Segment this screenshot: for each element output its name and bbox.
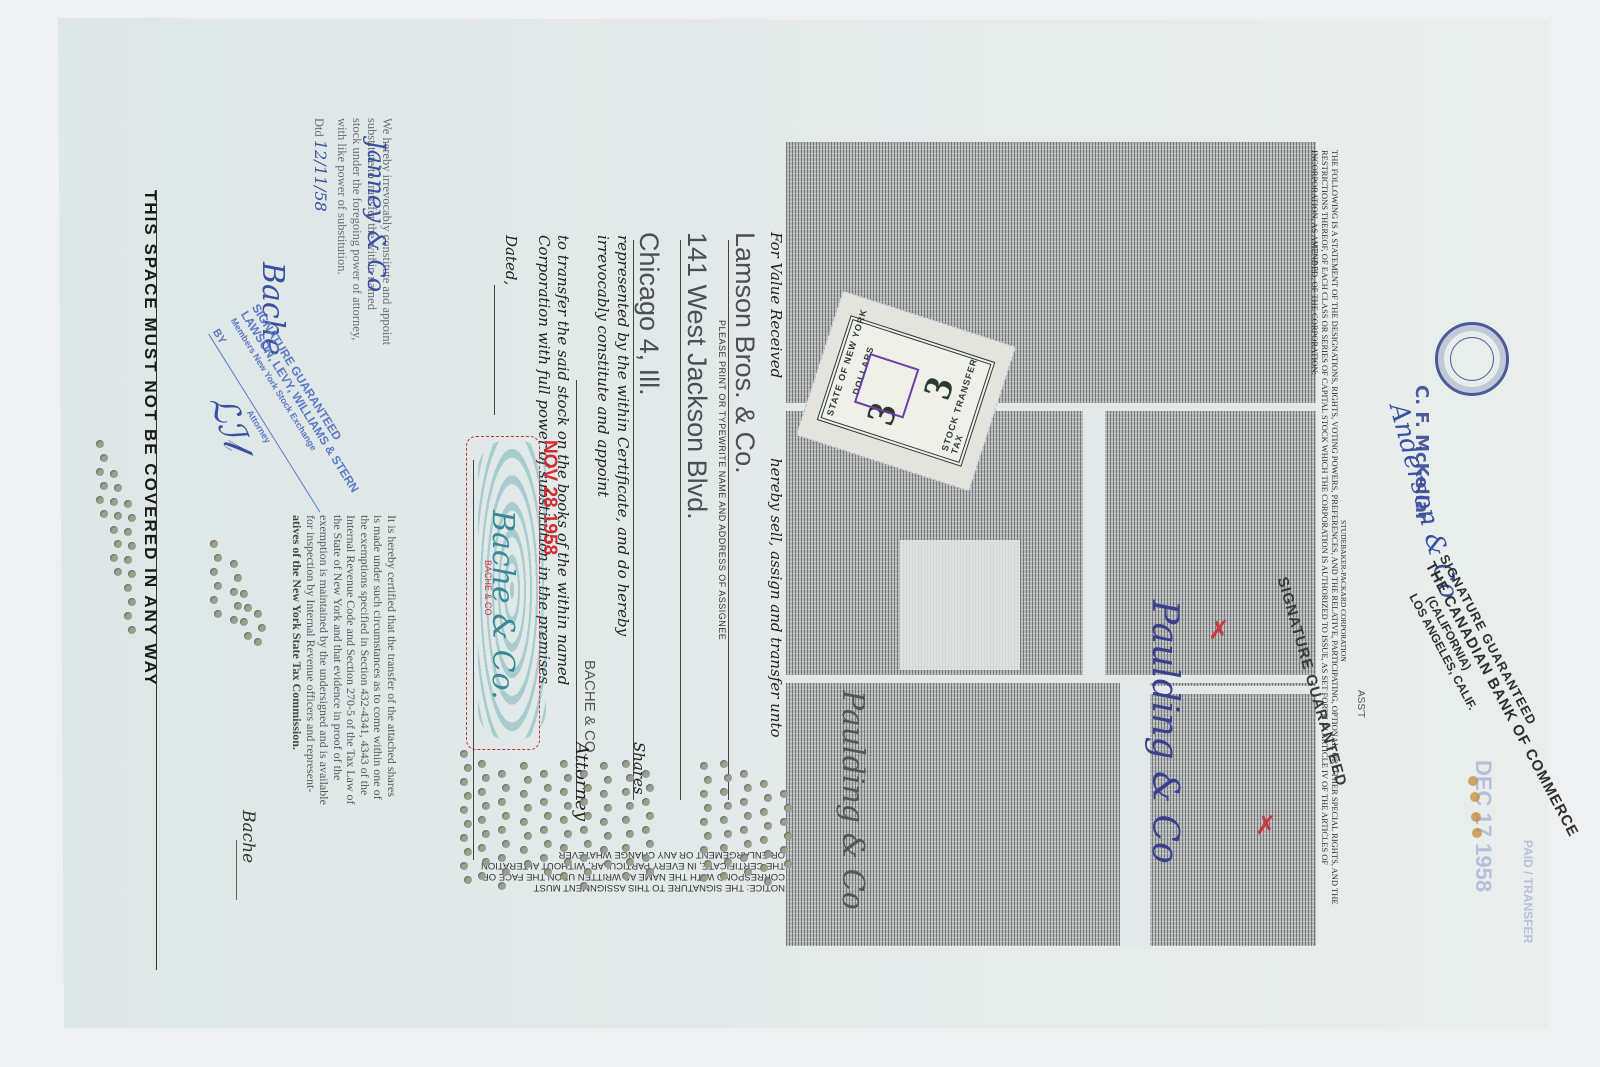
notice-line: CORRESPOND WITH THE NAME AS WRITTEN UPON… (481, 871, 785, 882)
heading-line: RESTRICTIONS THEREOF, OF EACH CLASS OR S… (1320, 150, 1330, 905)
cert-line: exemption is maintained by the undersign… (317, 515, 331, 805)
tax-cert-signature: Bache (238, 810, 258, 863)
seller-signature: Bache & Co. (485, 510, 520, 700)
red-x-mark: ✗ (1255, 810, 1277, 841)
assignee-address: 141 West Jackson Blvd. (681, 232, 712, 520)
hereby-sell-text: hereby sell, assign and transfer unto (767, 458, 785, 738)
company-name: STUDEBAKER-PACKARD CORPORATION (1339, 520, 1348, 662)
assignee-rule-2 (680, 240, 681, 800)
cert-line: atives of the New York State Tax Commiss… (290, 515, 304, 805)
assignee-city: Chicago 4, Ill. (633, 232, 664, 396)
paulding-signature: Paulding & Co (1144, 600, 1185, 864)
rust-stain (1468, 776, 1478, 786)
dated-rule (494, 285, 495, 415)
pencil-signature: Paulding & Co (835, 690, 870, 910)
assignee-rule-1 (728, 240, 729, 800)
left-margin-rule (156, 190, 157, 970)
assignee-rule-3 (633, 240, 634, 800)
rust-stain (1470, 792, 1480, 802)
print-gutter (900, 540, 1020, 670)
article-label: ARTICLE IV (1312, 240, 1318, 273)
faded-transfer-stamp: PAID / TRANSFER (1521, 840, 1535, 943)
bank-seal (1435, 322, 1509, 396)
cert-line: the State of New York and that evidence … (331, 515, 345, 805)
attorney-label: Attorney (571, 742, 592, 821)
red-x-mark: ✗ (1208, 615, 1230, 646)
poa-handwritten-attorney: Janney & Co (362, 140, 390, 292)
tax-certification-block: It is hereby certified that the transfer… (290, 515, 398, 805)
rust-stain (1472, 828, 1482, 838)
cert-line: the exemptions specified in Section 432-… (358, 515, 372, 805)
appoint-text: irrevocably constitute and appoint (594, 235, 612, 497)
attorney-rule (576, 380, 577, 800)
cert-signature-rule (236, 840, 237, 900)
assignee-name: Lamson Bros. & Co. (729, 232, 760, 474)
poa-dated-value: 12/11/58 (311, 140, 330, 212)
represented-text: represented by the within Certificate, a… (614, 235, 632, 636)
cert-line: for inspection by Internal Revenue offic… (304, 515, 318, 805)
notice-line: NOTICE: THE SIGNATURE TO THIS ASSIGNMENT… (481, 882, 785, 893)
print-gutter (1083, 411, 1105, 679)
dated-label: Dated, (502, 235, 520, 285)
poa-dated-label: Dtd (312, 118, 326, 137)
cert-line: Internal Revenue Code and Section 270-5 … (344, 515, 358, 805)
cert-line: is made under such circumstances as to c… (371, 515, 385, 805)
poa-line4: with like power of substitution. (334, 118, 349, 345)
rust-stain (1471, 812, 1481, 822)
space-warning-notice: THIS SPACE MUST NOT BE COVERED IN ANY WA… (140, 190, 160, 687)
assignee-label: PLEASE PRINT OR TYPEWRITE NAME AND ADDRE… (717, 320, 727, 640)
print-gutter (786, 675, 1316, 683)
asst-label: ASS'T (1355, 690, 1366, 718)
cert-line: It is hereby certified that the transfer… (385, 515, 399, 805)
for-value-received: For Value Received (767, 232, 785, 378)
